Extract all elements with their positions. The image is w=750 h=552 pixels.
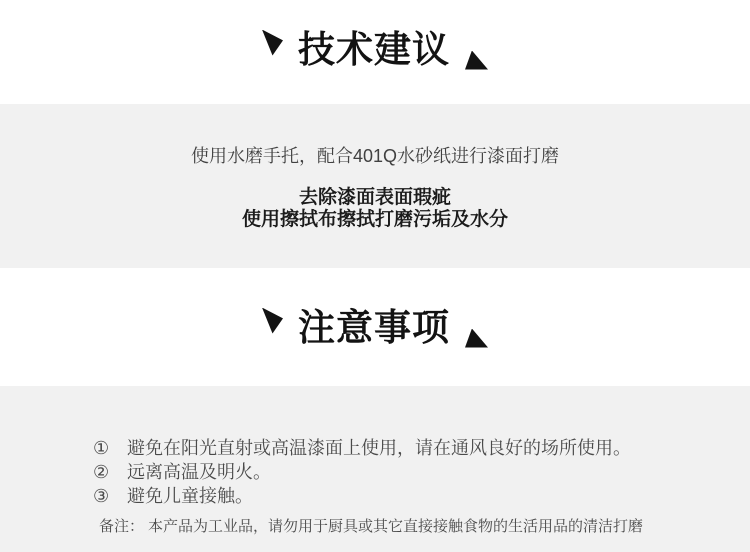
- notice-item-text: 远离高温及明火。: [127, 460, 271, 484]
- tech-advice-bold-line: 去除漆面表面瑕疵: [0, 187, 750, 209]
- tech-advice-body-section: 使用水磨手托，配合401Q水砂纸进行漆面打磨 去除漆面表面瑕疵 使用擦拭布擦拭打…: [0, 104, 750, 268]
- corner-quote-right-icon: [465, 51, 488, 70]
- notice-title-row: 注意事项: [262, 309, 488, 346]
- notice-remark-label: 备注：: [99, 518, 144, 535]
- notice-item: ① 避免在阳光直射或高温漆面上使用，请在通风良好的场所使用。: [93, 436, 710, 460]
- notice-item-text: 避免在阳光直射或高温漆面上使用，请在通风良好的场所使用。: [127, 436, 631, 460]
- circled-number-icon: ③: [93, 484, 117, 508]
- notice-body-section: ① 避免在阳光直射或高温漆面上使用，请在通风良好的场所使用。 ② 远离高温及明火…: [0, 386, 750, 552]
- notice-item: ③ 避免儿童接触。: [93, 484, 710, 508]
- tech-advice-bold-block: 去除漆面表面瑕疵 使用擦拭布擦拭打磨污垢及水分: [0, 187, 750, 231]
- tech-advice-intro: 使用水磨手托，配合401Q水砂纸进行漆面打磨: [0, 146, 750, 166]
- notice-title: 注意事项: [298, 309, 450, 346]
- tech-advice-title-row: 技术建议: [262, 31, 488, 68]
- corner-quote-left-icon: [262, 308, 283, 334]
- tech-advice-bold-line: 使用擦拭布擦拭打磨污垢及水分: [0, 209, 750, 231]
- notice-remark-text: 本产品为工业品，请勿用于厨具或其它直接接触食物的生活用品的清洁打磨: [148, 518, 643, 535]
- tech-advice-title: 技术建议: [298, 31, 450, 68]
- corner-quote-left-icon: [262, 30, 283, 56]
- circled-number-icon: ②: [93, 460, 117, 484]
- corner-quote-right-icon: [465, 329, 488, 348]
- notice-title-section: 注意事项: [0, 268, 750, 386]
- tech-advice-title-section: 技术建议: [0, 0, 750, 104]
- notice-item-text: 避免儿童接触。: [127, 484, 253, 508]
- notice-remark: 备注：本产品为工业品，请勿用于厨具或其它直接接触食物的生活用品的清洁打磨: [99, 517, 710, 537]
- product-description-page: 技术建议 使用水磨手托，配合401Q水砂纸进行漆面打磨 去除漆面表面瑕疵 使用擦…: [0, 0, 750, 552]
- circled-number-icon: ①: [93, 436, 117, 460]
- notice-item: ② 远离高温及明火。: [93, 460, 710, 484]
